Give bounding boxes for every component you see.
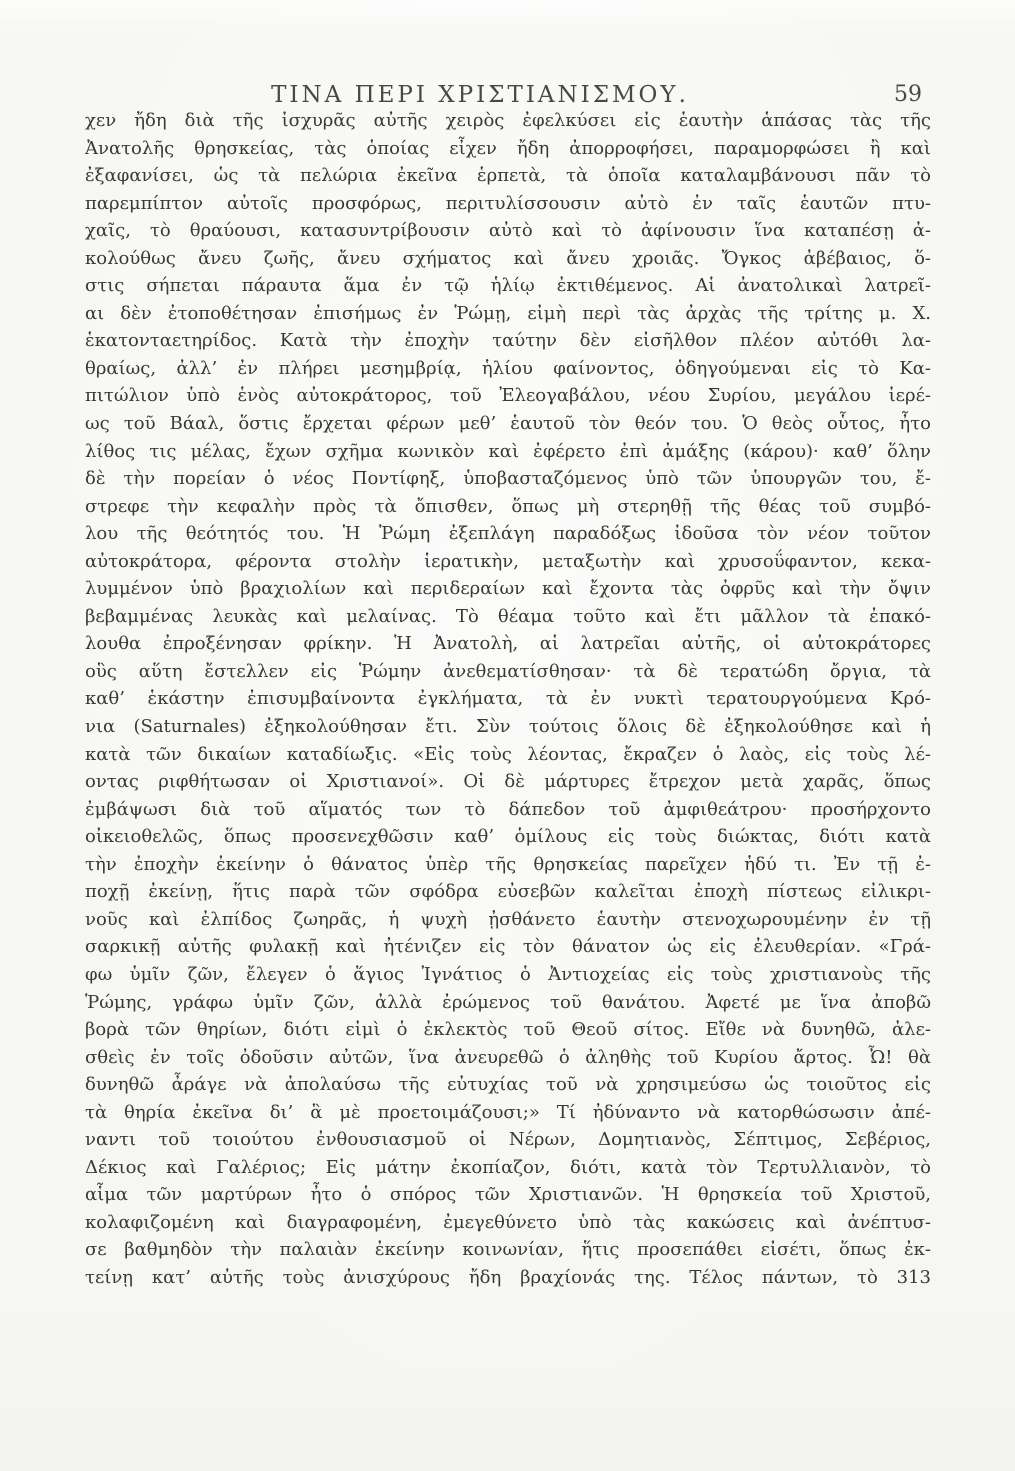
text-line: καθ’ ἑκάστην ἐπισυμβαίνοντα ἐγκλήματα, τ… — [85, 685, 931, 713]
text-line: παρεμπίπτον αὐτοῖς προσφόρως, περιτυλίσσ… — [85, 190, 931, 218]
text-line: αἷμα τῶν μαρτύρων ἦτο ὁ σπόρος τῶν Χριστ… — [85, 1181, 931, 1209]
text-line: σαρκικῇ αὐτῆς φυλακῇ καὶ ἠτένιζεν εἰς τὸ… — [85, 933, 931, 961]
text-line: σθεὶς ἐν τοῖς ὀδοῦσιν αὐτῶν, ἵνα ἀνευρεθ… — [85, 1044, 931, 1072]
text-line: βορὰ τῶν θηρίων, διότι εἰμὶ ὁ ἐκλεκτὸς τ… — [85, 1016, 931, 1044]
text-line: Δέκιος καὶ Γαλέριος; Εἰς μάτην ἐκοπίαζον… — [85, 1154, 931, 1182]
text-line: αὐτοκράτορα, φέροντα στολὴν ἱερατικὴν, μ… — [85, 548, 931, 576]
text-line: δὲ τὴν πορείαν ὁ νέος Ποντίφηξ, ὑποβαστα… — [85, 465, 931, 493]
text-line: οἰκειοθελῶς, ὅπως προσενεχθῶσιν καθ’ ὁμί… — [85, 823, 931, 851]
text-line: οντας ριφθήτωσαν οἱ Χριστιανοί». Οἱ δὲ μ… — [85, 768, 931, 796]
text-line: τὰ θηρία ἐκεῖνα δι’ ἃ μὲ προετοιμάζουσι;… — [85, 1099, 931, 1127]
text-line: λου τῆς θεότητός του. Ἡ Ῥώμη ἐξεπλάγη πα… — [85, 520, 931, 548]
scanned-book-page: ΤΙΝΑ ΠΕΡΙ ΧΡΙΣΤΙΑΝΙΣΜΟΥ. 59 χεν ἤδη διὰ … — [0, 0, 1015, 1471]
text-line: ἐμβάψωσι διὰ τοῦ αἵματός των τὸ δάπεδον … — [85, 796, 931, 824]
text-line: λίθος τις μέλας, ἔχων σχῆμα κωνικὸν καὶ … — [85, 438, 931, 466]
text-line: κατὰ τῶν δικαίων καταδίωξις. «Εἰς τοὺς λ… — [85, 741, 931, 769]
text-line: βεβαμμένας λευκὰς καὶ μελαίνας. Τὸ θέαμα… — [85, 603, 931, 631]
text-line: κολαφιζομένη καὶ διαγραφομένη, ἐμεγεθύνε… — [85, 1209, 931, 1237]
text-line: ἐξαφανίσει, ὡς τὰ πελώρια ἐκεῖνα ἑρπετὰ,… — [85, 162, 931, 190]
text-line: δυνηθῶ ἆράγε νὰ ἀπολαύσω τῆς εὐτυχίας το… — [85, 1071, 931, 1099]
text-line: Ἀνατολῆς θρησκείας, τὰς ὁποίας εἶχεν ἤδη… — [85, 135, 931, 163]
text-line: πιτώλιον ὑπὸ ἑνὸς αὐτοκράτορος, τοῦ Ἐλεο… — [85, 382, 931, 410]
body-text: χεν ἤδη διὰ τῆς ἰσχυρᾶς αὐτῆς χειρὸς ἐφε… — [85, 107, 931, 1292]
text-line: αι δὲν ἐτοποθέτησαν ἐπισήμως ἐν Ῥώμῃ, εἰ… — [85, 300, 931, 328]
text-line: ναντι τοῦ τοιούτου ἐνθουσιασμοῦ οἱ Νέρων… — [85, 1126, 931, 1154]
text-line: στις σήπεται πάραυτα ἅμα ἐν τῷ ἡλίῳ ἐκτι… — [85, 272, 931, 300]
text-line: λυμμένον ὑπὸ βραχιολίων καὶ περιδεραίων … — [85, 575, 931, 603]
text-line: τὴν ἐποχὴν ἐκείνην ὁ θάνατος ὑπὲρ τῆς θρ… — [85, 851, 931, 879]
text-line: νια (Saturnales) ἐξηκολούθησαν ἔτι. Σὺν … — [85, 713, 931, 741]
text-line: ἑκατονταετηρίδος. Κατὰ τὴν ἐποχὴν ταύτην… — [85, 327, 931, 355]
text-line: οὓς αὕτη ἔστελλεν εἰς Ῥώμην ἀνεθεματίσθη… — [85, 658, 931, 686]
text-line: χαῖς, τὸ θραύουσι, κατασυντρίβουσιν αὐτὸ… — [85, 217, 931, 245]
running-title: ΤΙΝΑ ΠΕΡΙ ΧΡΙΣΤΙΑΝΙΣΜΟΥ. — [85, 82, 875, 108]
text-line: φω ὑμῖν ζῶν, ἔλεγεν ὁ ἅγιος Ἰγνάτιος ὁ Ἀ… — [85, 961, 931, 989]
text-line: θραίως, ἀλλ’ ἐν πλήρει μεσημβρίᾳ, ἡλίου … — [85, 355, 931, 383]
text-line: νοῦς καὶ ἐλπίδος ζωηρᾶς, ἡ ψυχὴ ᾐσθάνετο… — [85, 906, 931, 934]
text-line: σε βαθμηδὸν τὴν παλαιὰν ἐκείνην κοινωνία… — [85, 1236, 931, 1264]
text-line: χεν ἤδη διὰ τῆς ἰσχυρᾶς αὐτῆς χειρὸς ἐφε… — [85, 107, 931, 135]
text-line: λουθα ἐπροξένησαν φρίκην. Ἡ Ἀνατολὴ, αἱ … — [85, 630, 931, 658]
text-line: ποχῇ ἐκείνῃ, ἥτις παρὰ τῶν σφόδρα εὐσεβῶ… — [85, 878, 931, 906]
text-line: τείνῃ κατ’ αὐτῆς τοὺς ἀνισχύρους ἤδη βρα… — [85, 1264, 931, 1292]
text-line: ως τοῦ Βάαλ, ὅστις ἔρχεται φέρων μεθ’ ἑα… — [85, 410, 931, 438]
text-line: Ῥώμης, γράφω ὑμῖν ζῶν, ἀλλὰ ἐρώμενος τοῦ… — [85, 989, 931, 1017]
text-line: κολούθως ἄνευ ζωῆς, ἄνευ σχήματος καὶ ἄν… — [85, 245, 931, 273]
text-line: στρεφε τὴν κεφαλὴν πρὸς τὰ ὄπισθεν, ὅπως… — [85, 493, 931, 521]
page-number: 59 — [894, 82, 922, 107]
